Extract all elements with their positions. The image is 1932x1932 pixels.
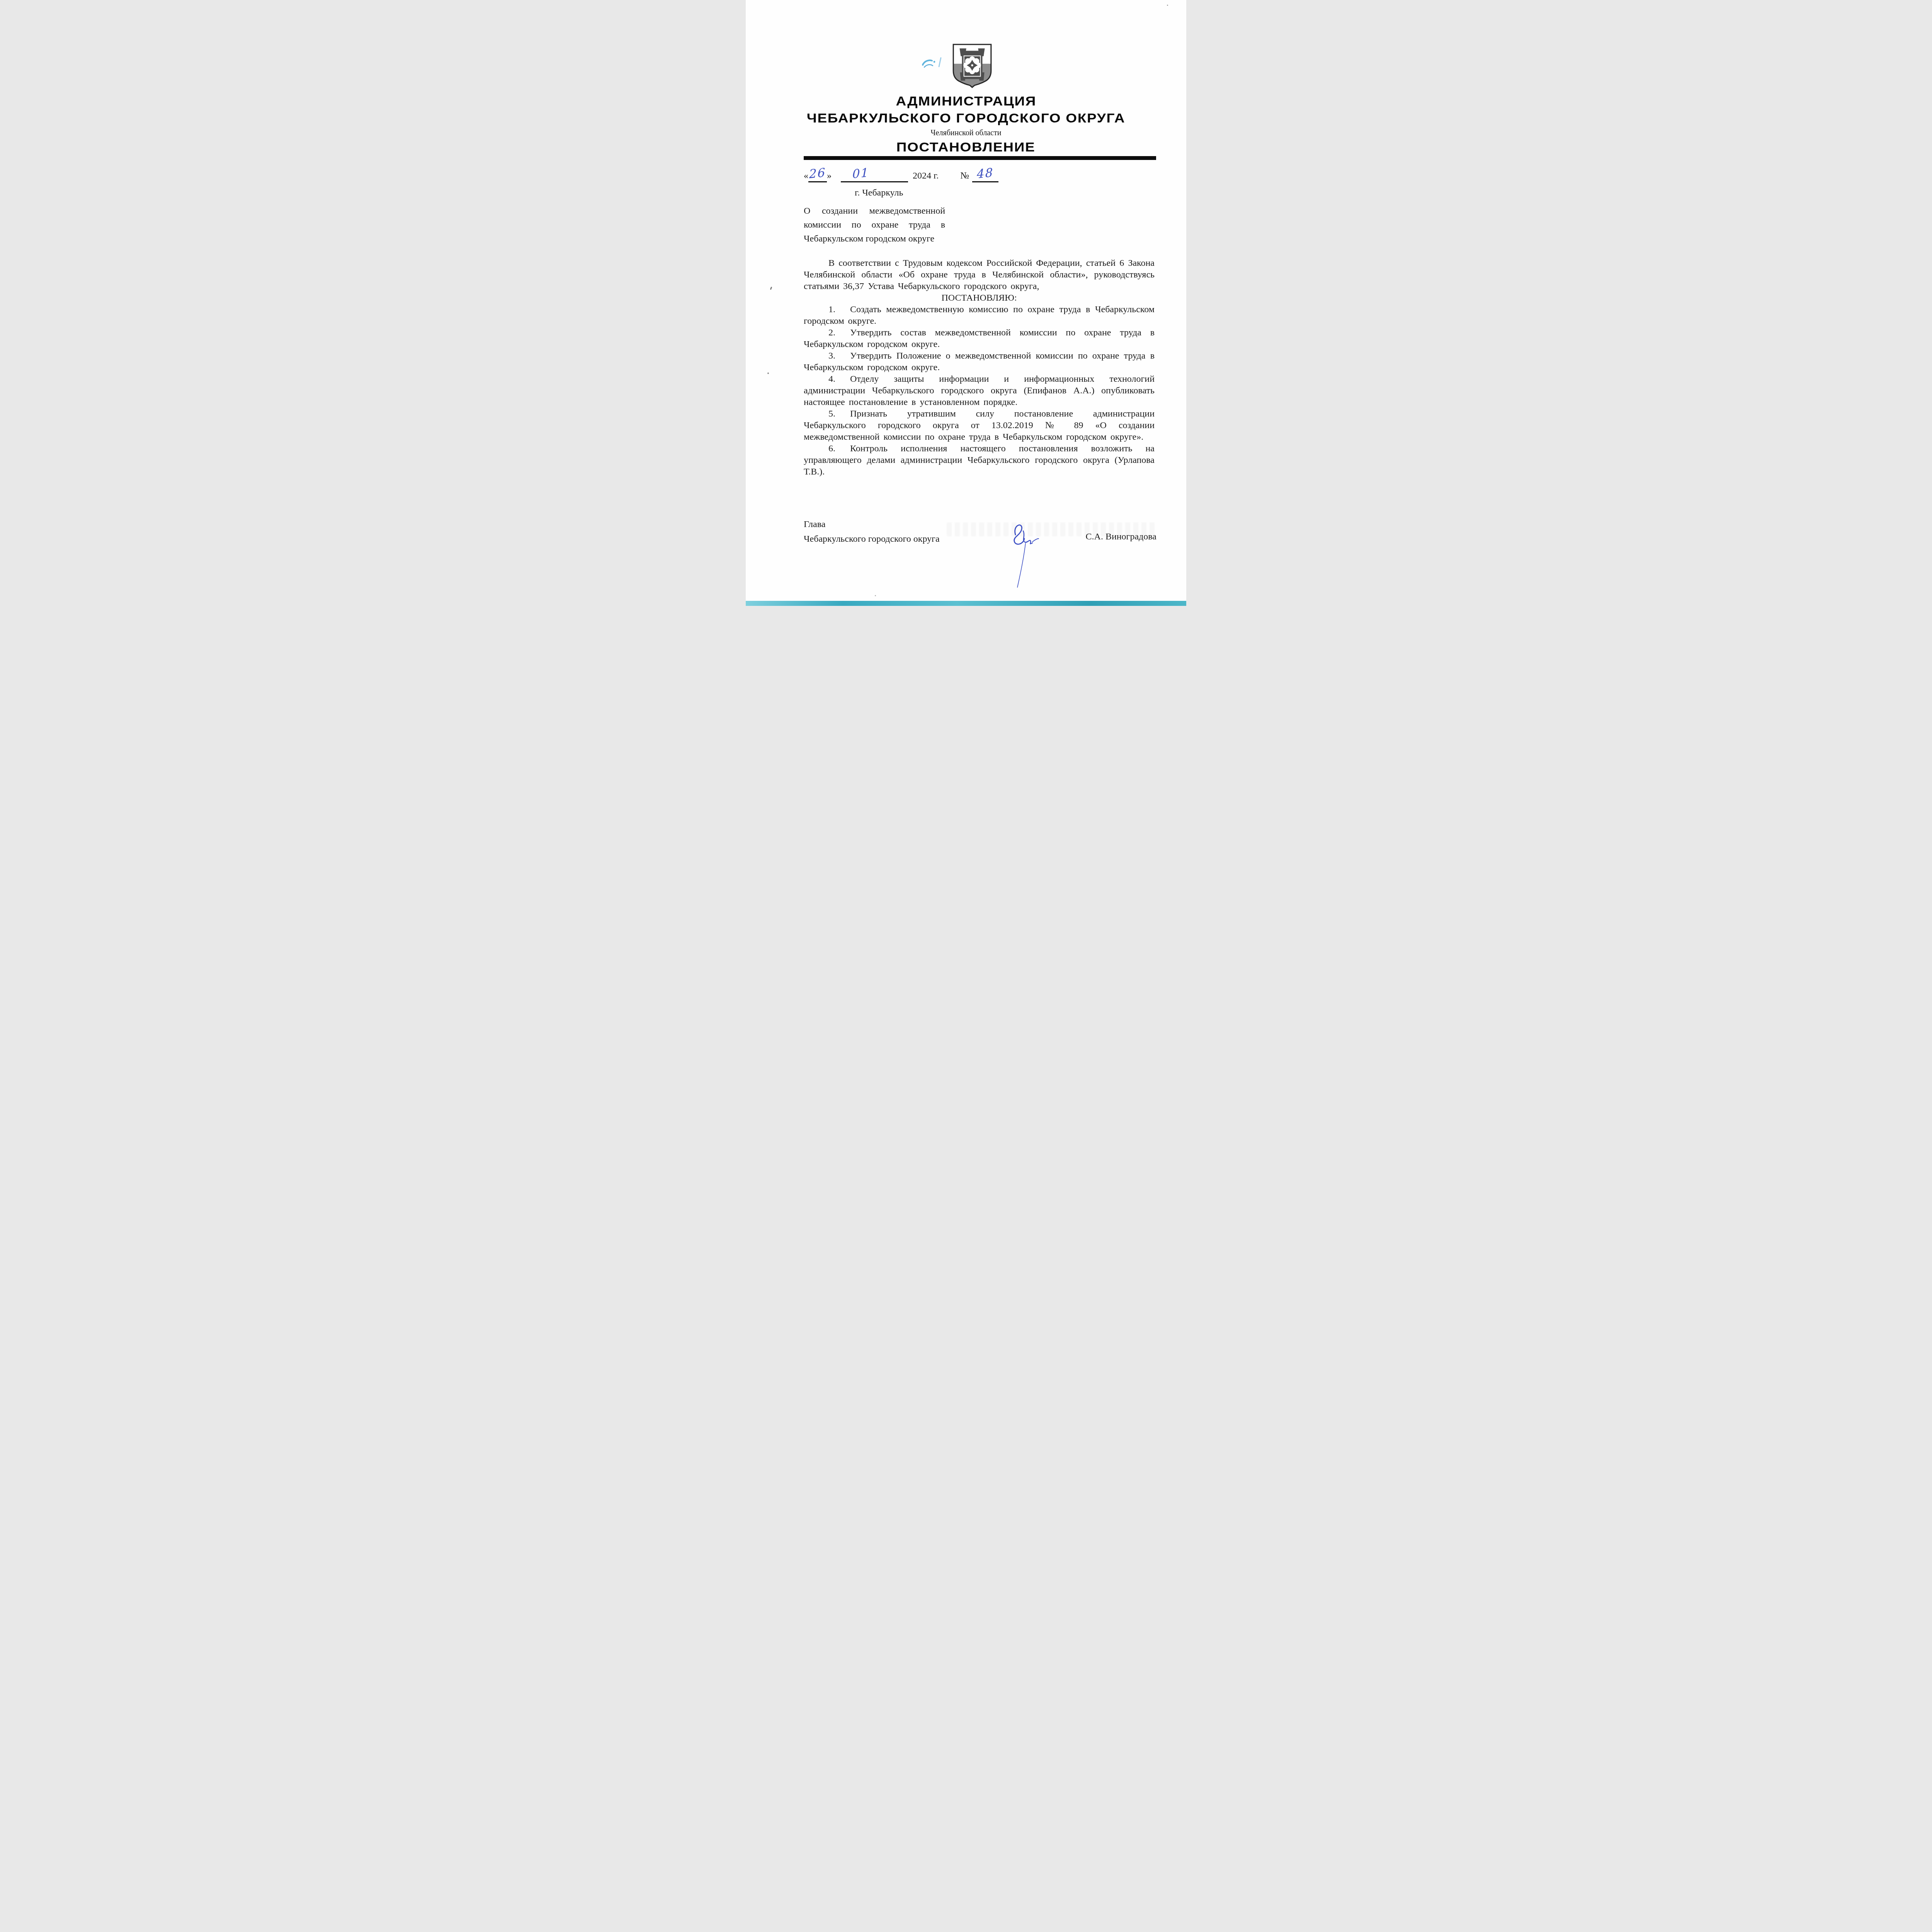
item-4: 4.Отделу защиты информации и информацион… [804,373,1155,408]
org-name-line1: АДМИНИСТРАЦИЯ [746,93,1186,110]
signer-title: Глава Чебаркульского городского округа [804,517,940,546]
signer-name: С.А. Виноградова [1072,532,1156,542]
signer-title-line1: Глава [804,517,940,532]
item-3-number: 3. [828,351,835,361]
month-blank: 01 [841,171,908,182]
item-3: 3.Утвердить Положение о межведомственной… [804,350,1155,373]
org-name-line1-text: АДМИНИСТРАЦИЯ [896,93,1036,110]
item-1-text: Создать межведомственную комиссию по охр… [804,304,1155,326]
date-number-row: «26»012024 г.№48 [804,171,1156,182]
decree-subject: О создании межведомственной комиссии по … [804,204,945,246]
handwritten-signature [998,519,1049,593]
coat-of-arms-icon [951,43,994,88]
scanner-edge-strip [746,601,1186,606]
handwritten-day: 26 [809,169,826,179]
scan-speck [767,372,769,374]
item-1-number: 1. [828,304,835,315]
item-6-number: 6. [828,444,835,454]
handwritten-number: 48 [977,169,993,179]
number-sign: № [960,171,969,181]
number-blank: 48 [972,171,998,182]
item-2-text: Утвердить состав межведомственной комисс… [804,328,1155,349]
preamble-paragraph: В соответствии с Трудовым кодексом Росси… [804,257,1155,292]
handwritten-month: 01 [852,169,869,179]
document-type-text: ПОСТАНОВЛЕНИЕ [896,139,1036,155]
item-4-text: Отделу защиты информации и информационны… [804,374,1155,407]
item-5-number: 5. [828,409,835,419]
item-6: 6.Контроль исполнения настоящего постано… [804,443,1155,478]
resolve-word: ПОСТАНОВЛЯЮ: [804,292,1155,304]
place-line: г. Чебаркуль [855,188,903,198]
letterhead: АДМИНИСТРАЦИЯ ЧЕБАРКУЛЬСКОГО ГОРОДСКОГО … [746,93,1186,155]
org-name-line2-text: ЧЕБАРКУЛЬСКОГО ГОРОДСКОГО ОКРУГА [807,110,1125,127]
scan-speck [875,595,876,596]
item-5: 5.Признать утратившим силу постановление… [804,408,1155,443]
scan-speck [770,287,772,290]
ink-smudge [920,56,939,72]
document-type-title: ПОСТАНОВЛЕНИЕ [746,139,1186,155]
header-divider [804,156,1156,160]
day-blank: 26 [808,171,827,182]
item-3-text: Утвердить Положение о межведомственной к… [804,351,1155,372]
org-name-line2: ЧЕБАРКУЛЬСКОГО ГОРОДСКОГО ОКРУГА [746,110,1186,127]
signer-title-line2: Чебаркульского городского округа [804,532,940,546]
scanned-decree-page: АДМИНИСТРАЦИЯ ЧЕБАРКУЛЬСКОГО ГОРОДСКОГО … [746,0,1186,606]
item-2-number: 2. [828,328,835,338]
item-5-text: Признать утратившим силу постановление а… [804,409,1155,442]
org-region-line: Челябинской области [746,127,1186,139]
day-close-quote: » [827,171,832,181]
item-2: 2.Утвердить состав межведомственной коми… [804,327,1155,350]
item-1: 1.Создать межведомственную комиссию по о… [804,304,1155,327]
scan-speck [1167,5,1168,6]
year-label: 2024 г. [913,171,939,181]
decree-body: В соответствии с Трудовым кодексом Росси… [804,257,1155,478]
day-open-quote: « [804,171,808,181]
item-4-number: 4. [828,374,835,384]
item-6-text: Контроль исполнения настоящего постановл… [804,444,1155,477]
